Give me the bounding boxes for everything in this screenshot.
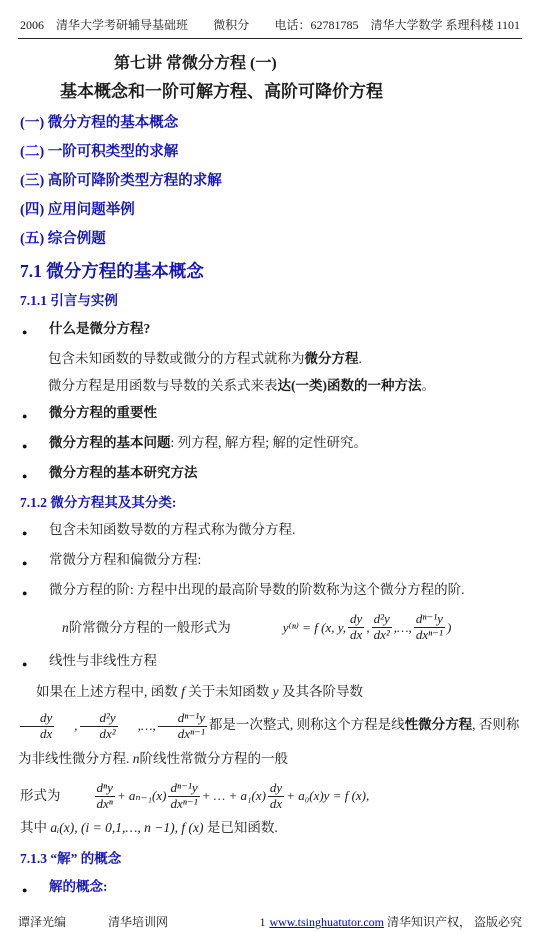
page-number: 1 bbox=[259, 915, 265, 929]
math-run: ,…, bbox=[120, 719, 156, 733]
header-subject: 微积分 bbox=[213, 16, 249, 33]
math-run: + a₀(x)y = f (x), bbox=[286, 788, 369, 804]
bullet-text: 常微分方程和偏微分方程: bbox=[49, 551, 201, 572]
bullet-what-is-ode: ● 什么是微分方程? bbox=[18, 320, 522, 341]
math-run: ) bbox=[447, 620, 451, 636]
bullet-dot-icon: ● bbox=[18, 581, 49, 602]
bullet-run: : 列方程, 解方程; 解的定性研究。 bbox=[171, 435, 368, 450]
fraction-dy-dx: dydx bbox=[348, 612, 364, 643]
bullet-research-methods: ● 微分方程的基本研究方法 bbox=[18, 464, 522, 485]
bullet-text: 解的概念: bbox=[49, 878, 108, 899]
linear-form-label: 形式为 bbox=[20, 787, 61, 805]
fraction-denominator: dxⁿ⁻¹ bbox=[158, 727, 207, 742]
math-var-n: n bbox=[133, 751, 140, 766]
outline-item-1: (一) 微分方程的基本概念 bbox=[20, 115, 522, 132]
page-footer: 谭泽光编 清华培训网 1www.tsinghuatutor.com 清华知识产权… bbox=[18, 913, 522, 930]
fraction-numerator: dⁿy bbox=[95, 781, 115, 797]
para-run: . bbox=[359, 351, 362, 366]
math-run: + … + a₁(x) bbox=[202, 788, 266, 804]
bullet-linear-nonlinear: ● 线性与非线性方程 bbox=[18, 652, 522, 673]
bullet-dot-icon: ● bbox=[18, 404, 49, 425]
section-7-1-heading: 7.1 微分方程的基本概念 bbox=[20, 260, 522, 283]
outline-list: (一) 微分方程的基本概念 (二) 一阶可积类型的求解 (三) 高阶可降阶类型方… bbox=[18, 115, 522, 248]
math-run: , bbox=[366, 620, 369, 636]
page-header: 2006 清华大学考研辅导基础班 微积分 电话：62781785 清华大学数学 … bbox=[18, 10, 522, 39]
footer-site: 清华培训网 bbox=[108, 913, 168, 930]
para-run-bold: 达(一类)函数的一种方法 bbox=[278, 378, 422, 393]
fraction-dy-dx: dydx bbox=[268, 781, 284, 812]
bullet-dot-icon: ● bbox=[18, 521, 49, 542]
fraction-d2y-dx2: d²ydx² bbox=[80, 711, 118, 742]
bullet-dot-icon: ● bbox=[18, 652, 49, 673]
bullet-order: ● 微分方程的阶: 方程中出现的最高阶导数的阶数称为这个微分方程的阶. bbox=[18, 581, 522, 602]
fraction-d2y-dx2: d²ydx² bbox=[372, 612, 392, 643]
bullet-run-bold: 微分方程的基本问题 bbox=[49, 435, 171, 450]
outline-item-3: (三) 高阶可降阶类型方程的求解 bbox=[20, 173, 522, 190]
math-var-n: n bbox=[62, 620, 69, 635]
outline-item-5: (五) 综合例题 bbox=[20, 231, 522, 248]
fraction-denominator: dx² bbox=[372, 628, 392, 643]
fraction-denominator: dx bbox=[20, 727, 54, 742]
para-run: 关于未知函数 bbox=[185, 684, 273, 699]
para-definition: 包含未知函数的导数或微分的方程式就称为微分方程. bbox=[48, 350, 522, 368]
document-page: 2006 清华大学考研辅导基础班 微积分 电话：62781785 清华大学数学 … bbox=[0, 0, 540, 932]
footer-rights: 清华知识产权， 盗版必究 bbox=[387, 915, 522, 929]
bullet-basic-problems: ● 微分方程的基本问题: 列方程, 解方程; 解的定性研究。 bbox=[18, 434, 522, 455]
fraction-denominator: dxⁿ⁻¹ bbox=[168, 797, 199, 812]
fraction-denominator: dxⁿ⁻¹ bbox=[414, 628, 445, 643]
general-form-label: n阶常微分方程的一般形式为 bbox=[62, 619, 231, 637]
fraction-numerator: dⁿ⁻¹y bbox=[414, 612, 445, 628]
math-run: + aₙ₋₁(x) bbox=[117, 788, 167, 804]
bullet-solution-concept: ● 解的概念: bbox=[18, 878, 522, 899]
fraction-numerator: dy bbox=[268, 781, 284, 797]
bullet-dot-icon: ● bbox=[18, 320, 49, 341]
bullet-text: 包含未知函数导数的方程式称为微分方程. bbox=[49, 521, 295, 542]
linear-form-equation: dⁿydxⁿ+ aₙ₋₁(x)dⁿ⁻¹ydxⁿ⁻¹+ … + a₁(x)dydx… bbox=[93, 781, 370, 812]
lecture-title: 第七讲 常微分方程 (一) bbox=[114, 53, 522, 75]
bullet-text: 微分方程的阶: 方程中出现的最高阶导数的阶数称为这个微分方程的阶. bbox=[49, 581, 465, 602]
para-run: 及其各阶导数 bbox=[279, 684, 363, 699]
bullet-dot-icon: ● bbox=[18, 551, 49, 572]
inline-derivatives: dydx,d²ydx²,…,dⁿ⁻¹ydxⁿ⁻¹ bbox=[18, 711, 209, 742]
para-linear-definition: 如果在上述方程中, 函数 f 关于未知函数 y 及其各阶导数dydx,d²ydx… bbox=[18, 675, 522, 774]
fraction-denominator: dxⁿ bbox=[95, 797, 115, 812]
math-run: ,…, bbox=[394, 620, 412, 636]
linear-form-row: 形式为 dⁿydxⁿ+ aₙ₋₁(x)dⁿ⁻¹ydxⁿ⁻¹+ … + a₁(x)… bbox=[20, 781, 522, 812]
bullet-text: 微分方程的基本问题: 列方程, 解方程; 解的定性研究。 bbox=[49, 434, 367, 455]
para-run: 。 bbox=[422, 378, 436, 393]
fraction-dny-dxn: dⁿydxⁿ bbox=[95, 781, 115, 812]
bullet-text: 微分方程的重要性 bbox=[49, 404, 157, 425]
general-form-row: n阶常微分方程的一般形式为 y⁽ⁿ⁾ = f (x, y,dydx,d²ydx²… bbox=[62, 612, 522, 643]
para-run: 是已知函数. bbox=[203, 820, 277, 835]
bullet-text: 微分方程的基本研究方法 bbox=[49, 464, 198, 485]
para-known-functions: 其中 aᵢ(x), (i = 0,1,…, n −1), f (x) 是已知函数… bbox=[20, 819, 522, 837]
section-7-1-1-heading: 7.1.1 引言与实例 bbox=[20, 292, 522, 310]
footer-author: 谭泽光编 bbox=[18, 913, 66, 930]
fraction-denominator: dx bbox=[268, 797, 284, 812]
math-run: aᵢ(x), (i = 0,1,…, n −1), f (x) bbox=[50, 820, 203, 835]
fraction-denominator: dx bbox=[348, 628, 364, 643]
bullet-ode-def: ● 包含未知函数导数的方程式称为微分方程. bbox=[18, 521, 522, 542]
fraction-numerator: d²y bbox=[372, 612, 392, 628]
fraction-dn1y-dxn1: dⁿ⁻¹ydxⁿ⁻¹ bbox=[168, 781, 199, 812]
fraction-numerator: dy bbox=[348, 612, 364, 628]
fraction-dn1y-dxn1: dⁿ⁻¹ydxⁿ⁻¹ bbox=[158, 711, 207, 742]
para-run: 包含未知函数的导数或微分的方程式就称为 bbox=[48, 351, 305, 366]
fraction-numerator: dⁿ⁻¹y bbox=[158, 711, 207, 727]
para-expression: 微分方程是用函数与导数的关系式来表达(一类)函数的一种方法。 bbox=[48, 377, 522, 395]
fraction-numerator: d²y bbox=[80, 711, 118, 727]
para-run-bold: 性微分方程 bbox=[405, 717, 473, 732]
footer-url-link[interactable]: www.tsinghuatutor.com bbox=[269, 915, 384, 929]
lecture-subtitle: 基本概念和一阶可解方程、高阶可降价方程 bbox=[60, 80, 522, 104]
math-run: y⁽ⁿ⁾ = f (x, y, bbox=[283, 620, 346, 636]
para-run: 阶线性常微分方程的一般 bbox=[140, 751, 289, 766]
fraction-dy-dx: dydx bbox=[20, 711, 54, 742]
fraction-numerator: dⁿ⁻¹y bbox=[168, 781, 199, 797]
fraction-denominator: dx² bbox=[80, 727, 118, 742]
para-run: 如果在上述方程中, 函数 bbox=[36, 684, 181, 699]
outline-item-2: (二) 一阶可积类型的求解 bbox=[20, 144, 522, 161]
para-run: 都是一次整式, 则称这个方程是线 bbox=[209, 717, 405, 732]
fraction-dn1y-dxn1: dⁿ⁻¹ydxⁿ⁻¹ bbox=[414, 612, 445, 643]
fraction-numerator: dy bbox=[20, 711, 54, 727]
header-contact: 电话：62781785 清华大学数学 系理科楼 1101 bbox=[274, 16, 520, 33]
bullet-importance: ● 微分方程的重要性 bbox=[18, 404, 522, 425]
general-form-equation: y⁽ⁿ⁾ = f (x, y,dydx,d²ydx²,…,dⁿ⁻¹ydxⁿ⁻¹) bbox=[283, 612, 452, 643]
para-run: 微分方程是用函数与导数的关系式来表 bbox=[48, 378, 278, 393]
label-run: 阶常微分方程的一般形式为 bbox=[69, 620, 231, 635]
footer-right: 1www.tsinghuatutor.com 清华知识产权， 盗版必究 bbox=[259, 913, 522, 930]
para-run: 其中 bbox=[20, 820, 50, 835]
section-7-1-2-heading: 7.1.2 微分方程其及其分类: bbox=[20, 494, 522, 512]
bullet-dot-icon: ● bbox=[18, 434, 49, 455]
bullet-ode-pde: ● 常微分方程和偏微分方程: bbox=[18, 551, 522, 572]
section-7-1-3-heading: 7.1.3 “解” 的概念 bbox=[20, 850, 522, 868]
outline-item-4: (四) 应用问题举例 bbox=[20, 202, 522, 219]
math-run: , bbox=[56, 719, 77, 733]
header-course-info: 2006 清华大学考研辅导基础班 bbox=[20, 16, 188, 33]
bullet-text: 线性与非线性方程 bbox=[49, 652, 157, 673]
bullet-dot-icon: ● bbox=[18, 464, 49, 485]
bullet-dot-icon: ● bbox=[18, 878, 49, 899]
bullet-text: 什么是微分方程? bbox=[49, 320, 150, 341]
para-run-bold: 微分方程 bbox=[305, 351, 359, 366]
